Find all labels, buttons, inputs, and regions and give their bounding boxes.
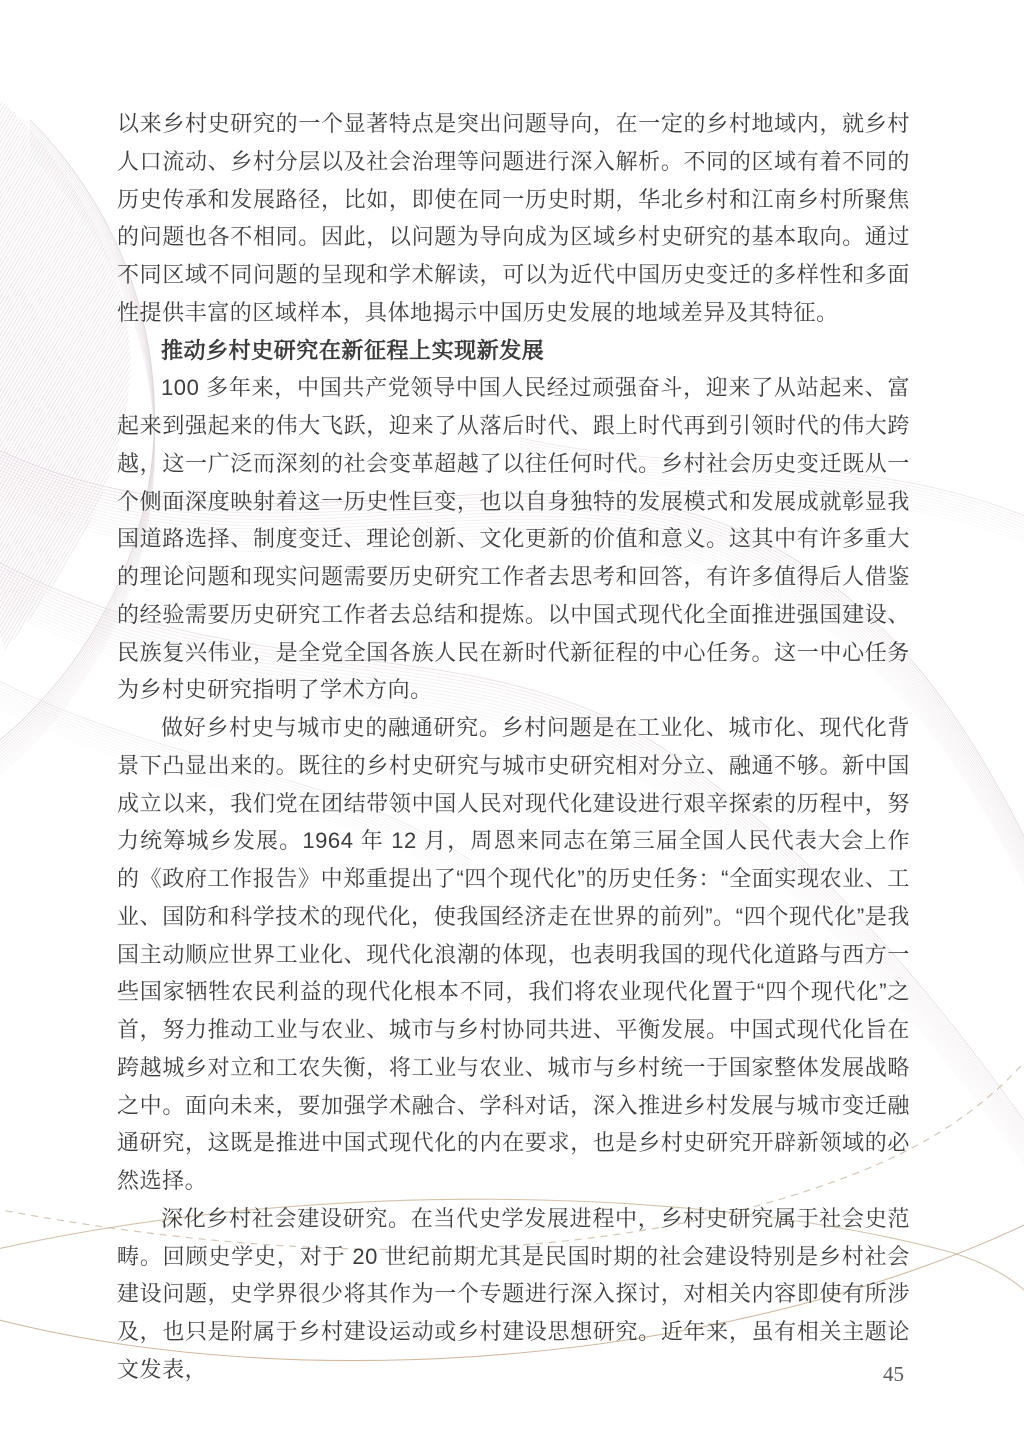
article-text-column: 以来乡村史研究的一个显著特点是突出问题导向，在一定的乡村地域内，就乡村人口流动、… — [117, 105, 910, 1389]
page-number: 45 — [883, 1362, 904, 1387]
paragraph: 100 多年来，中国共产党领导中国人民经过顽强奋斗，迎来了从站起来、富起来到强起… — [117, 369, 910, 709]
document-page: 以来乡村史研究的一个显著特点是突出问题导向，在一定的乡村地域内，就乡村人口流动、… — [0, 0, 1024, 1454]
paragraph-continuation: 以来乡村史研究的一个显著特点是突出问题导向，在一定的乡村地域内，就乡村人口流动、… — [117, 105, 910, 332]
section-heading: 推动乡村史研究在新征程上实现新发展 — [117, 332, 910, 370]
paragraph: 深化乡村社会建设研究。在当代史学发展进程中，乡村史研究属于社会史范畴。回顾史学史… — [117, 1200, 910, 1389]
hatched-petal-shape — [0, 60, 131, 655]
paragraph: 做好乡村史与城市史的融通研究。乡村问题是在工业化、城市化、现代化背景下凸显出来的… — [117, 709, 910, 1200]
